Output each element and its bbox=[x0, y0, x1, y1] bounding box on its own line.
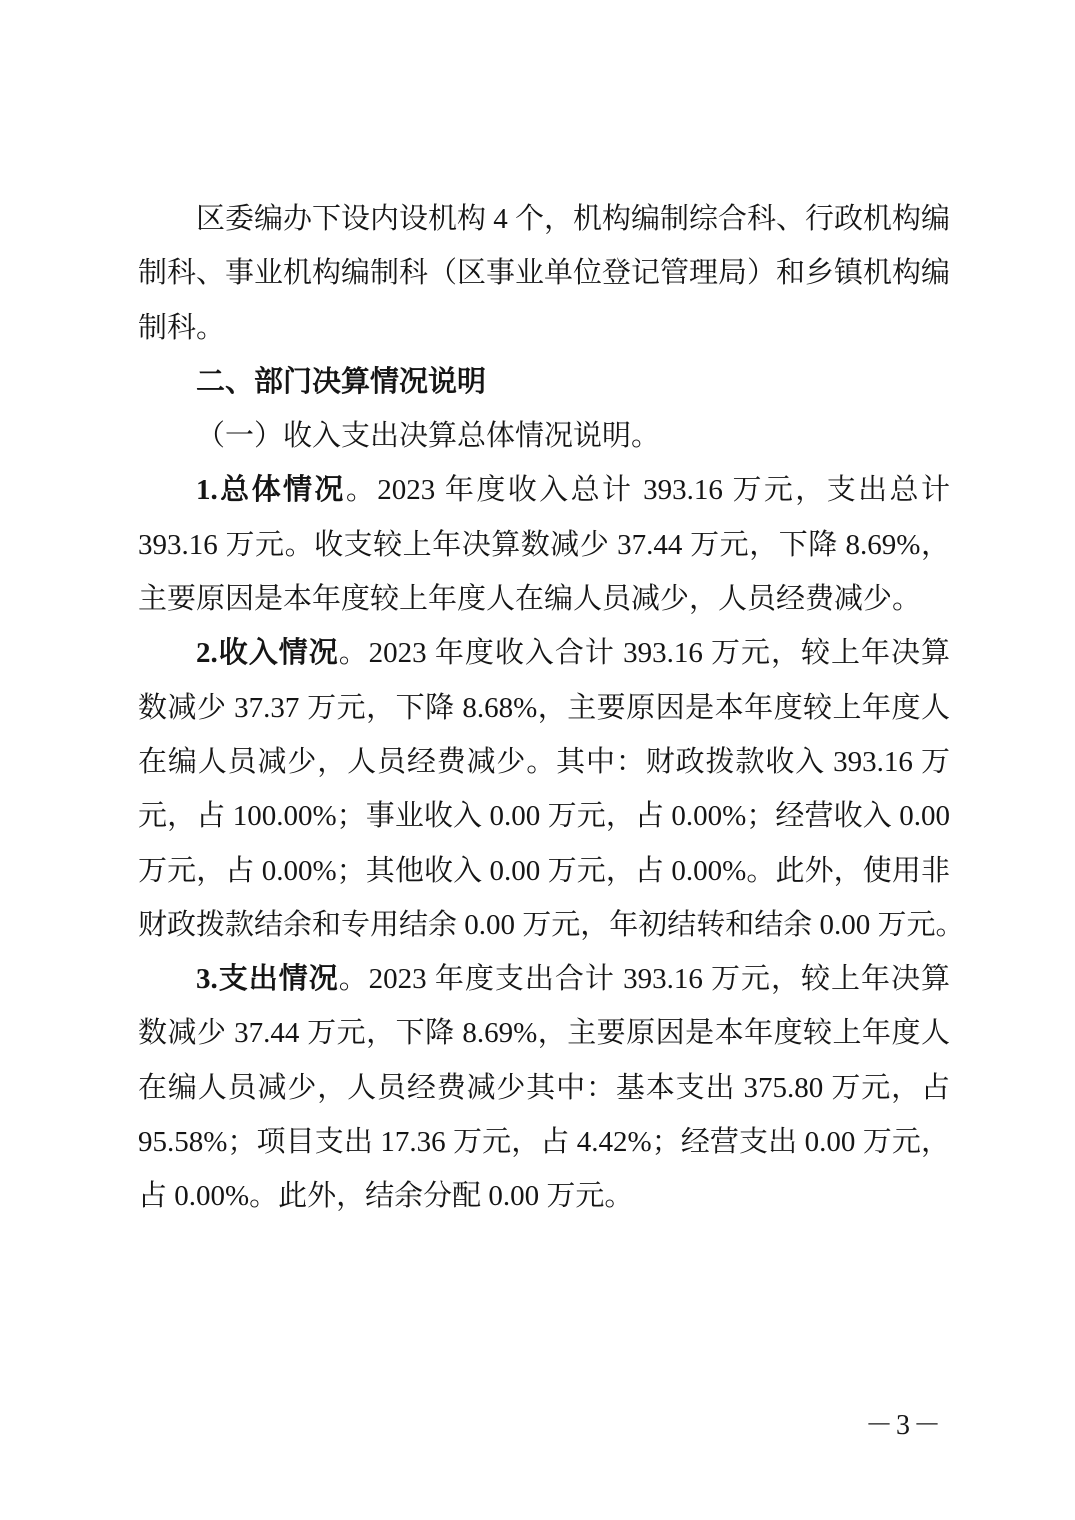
bold-text-run: 3.支出情况 bbox=[196, 963, 339, 995]
text-run: 制科、事业机构编制科（区事业单位登记管理局）和乡镇机构编 bbox=[138, 257, 950, 289]
text-line: 主要原因是本年度较上年度人在编人员减少，人员经费减少。 bbox=[138, 572, 950, 626]
page-number: －3－ bbox=[865, 1403, 944, 1443]
text-line: 占 0.00%。此外，结余分配 0.00 万元。 bbox=[138, 1169, 950, 1223]
text-line: 2.收入情况。2023 年度收入合计 393.16 万元，较上年决算 bbox=[138, 626, 950, 680]
bold-text-run: 二、部门决算情况说明 bbox=[196, 366, 486, 398]
text-run: 数减少 37.37 万元，下降 8.68%，主要原因是本年度较上年度人 bbox=[138, 692, 950, 724]
text-line: 万元，占 0.00%；其他收入 0.00 万元，占 0.00%。此外，使用非 bbox=[138, 844, 950, 898]
text-run: 财政拨款结余和专用结余 0.00 万元，年初结转和结余 0.00 万元。 bbox=[138, 909, 950, 941]
text-run: 。2023 年度支出合计 393.16 万元，较上年决算 bbox=[339, 963, 950, 995]
text-line: 数减少 37.37 万元，下降 8.68%，主要原因是本年度较上年度人 bbox=[138, 681, 950, 735]
subsection-heading: （一）收入支出决算总体情况说明。 bbox=[138, 409, 950, 463]
text-line: 制科。 bbox=[138, 301, 950, 355]
text-run: 393.16 万元。收支较上年决算数减少 37.44 万元，下降 8.69%， bbox=[138, 529, 950, 561]
text-run: 95.58%；项目支出 17.36 万元，占 4.42%；经营支出 0.00 万… bbox=[138, 1126, 950, 1158]
text-line: 元，占 100.00%；事业收入 0.00 万元，占 0.00%；经营收入 0.… bbox=[138, 789, 950, 843]
text-run: 万元，占 0.00%；其他收入 0.00 万元，占 0.00%。此外，使用非 bbox=[138, 855, 950, 887]
text-line: 制科、事业机构编制科（区事业单位登记管理局）和乡镇机构编 bbox=[138, 246, 950, 300]
text-line: 区委编办下设内设机构 4 个，机构编制综合科、行政机构编 bbox=[138, 192, 950, 246]
text-line: 在编人员减少，人员经费减少。其中：财政拨款收入 393.16 万 bbox=[138, 735, 950, 789]
section-heading: 二、部门决算情况说明 bbox=[138, 355, 950, 409]
text-run: 在编人员减少，人员经费减少其中：基本支出 375.80 万元，占 bbox=[138, 1072, 950, 1104]
bold-text-run: 1.总体情况 bbox=[196, 474, 346, 506]
text-run: 。2023 年度收入合计 393.16 万元，较上年决算 bbox=[339, 637, 950, 669]
text-line: 393.16 万元。收支较上年决算数减少 37.44 万元，下降 8.69%， bbox=[138, 518, 950, 572]
text-run: 占 0.00%。此外，结余分配 0.00 万元。 bbox=[138, 1180, 633, 1212]
text-line: 95.58%；项目支出 17.36 万元，占 4.42%；经营支出 0.00 万… bbox=[138, 1115, 950, 1169]
text-line: 数减少 37.44 万元，下降 8.69%，主要原因是本年度较上年度人 bbox=[138, 1006, 950, 1060]
text-line: 1.总体情况。2023 年度收入总计 393.16 万元，支出总计 bbox=[138, 463, 950, 517]
bold-text-run: 2.收入情况 bbox=[196, 637, 339, 669]
document-page: 区委编办下设内设机构 4 个，机构编制综合科、行政机构编制科、事业机构编制科（区… bbox=[0, 0, 1075, 1520]
text-run: 区委编办下设内设机构 4 个，机构编制综合科、行政机构编 bbox=[196, 203, 950, 235]
text-line: 3.支出情况。2023 年度支出合计 393.16 万元，较上年决算 bbox=[138, 952, 950, 1006]
text-run: 元，占 100.00%；事业收入 0.00 万元，占 0.00%；经营收入 0.… bbox=[138, 800, 950, 832]
text-run: 数减少 37.44 万元，下降 8.69%，主要原因是本年度较上年度人 bbox=[138, 1017, 950, 1049]
text-run: 主要原因是本年度较上年度人在编人员减少，人员经费减少。 bbox=[138, 583, 921, 615]
text-line: 在编人员减少，人员经费减少其中：基本支出 375.80 万元，占 bbox=[138, 1061, 950, 1115]
text-run: 制科。 bbox=[138, 312, 225, 344]
text-run: （一）收入支出决算总体情况说明。 bbox=[196, 420, 660, 452]
text-line: 财政拨款结余和专用结余 0.00 万元，年初结转和结余 0.00 万元。 bbox=[138, 898, 950, 952]
text-run: 。2023 年度收入总计 393.16 万元，支出总计 bbox=[346, 474, 950, 506]
text-run: 在编人员减少，人员经费减少。其中：财政拨款收入 393.16 万 bbox=[138, 746, 950, 778]
document-body: 区委编办下设内设机构 4 个，机构编制综合科、行政机构编制科、事业机构编制科（区… bbox=[138, 192, 950, 1224]
